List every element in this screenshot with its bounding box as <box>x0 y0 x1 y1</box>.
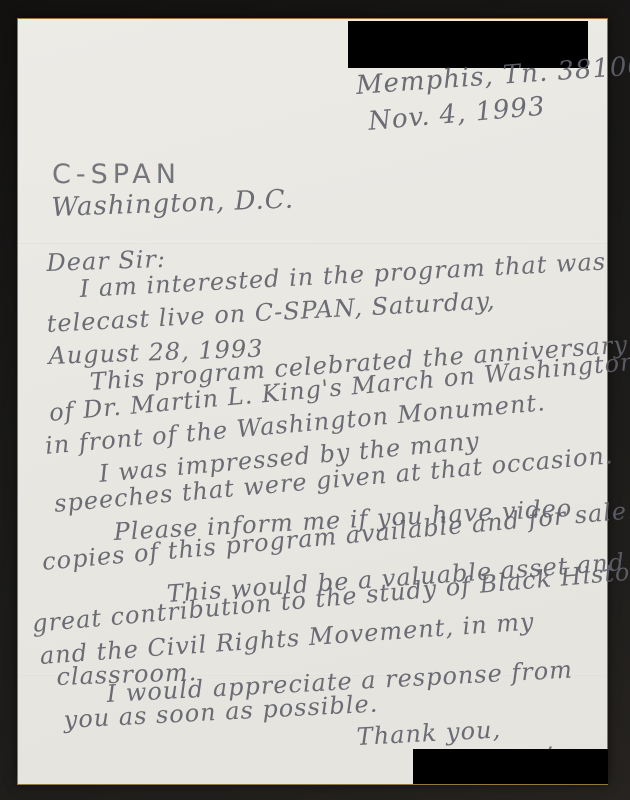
letter-paper: Memphis, Tn. 38106 Nov. 4, 1993 C-SPAN W… <box>17 18 608 785</box>
photo-background: Memphis, Tn. 38106 Nov. 4, 1993 C-SPAN W… <box>0 0 630 800</box>
recipient-city: Washington, D.C. <box>51 185 294 223</box>
closing: Thank you, <box>356 715 502 751</box>
recipient-name: C-SPAN <box>52 159 181 190</box>
paper-fold-crease <box>18 241 607 244</box>
redaction-box-signature <box>413 749 608 784</box>
